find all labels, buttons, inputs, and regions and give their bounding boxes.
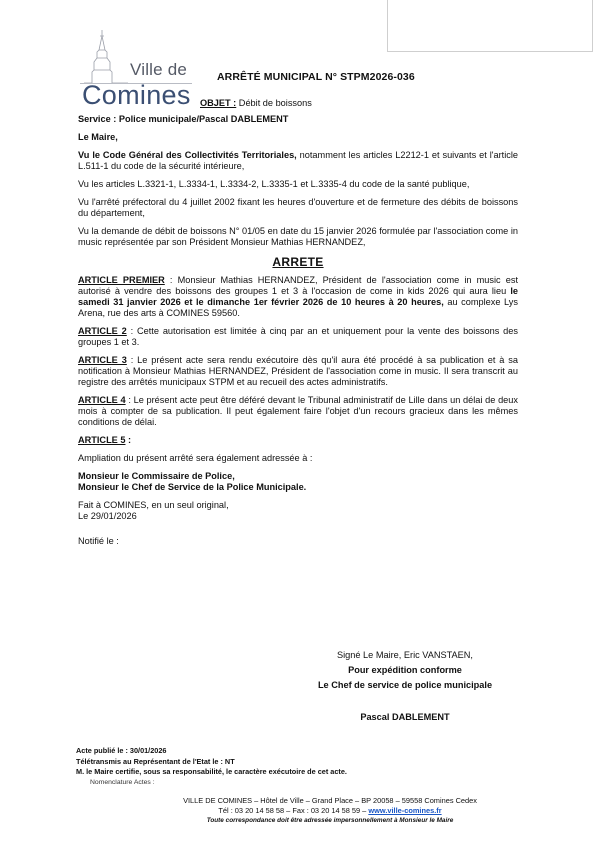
objet-line: OBJET : Débit de boissons bbox=[200, 98, 312, 108]
teletransmission: Télétransmis au Représentant de l'Etat l… bbox=[76, 757, 347, 768]
recipient-chef-police: Monsieur le Chef de Service de la Police… bbox=[78, 482, 306, 492]
publication-date: Acte publié le : 30/01/2026 bbox=[76, 746, 347, 757]
logo-ville-de: Ville de bbox=[130, 60, 187, 80]
article-3: ARTICLE 3 : Le présent acte sera rendu e… bbox=[78, 355, 518, 388]
service-line: Service : Police municipale/Pascal DABLE… bbox=[78, 114, 518, 125]
signature-expedition: Pour expédition conforme bbox=[280, 663, 530, 678]
reception-stamp-box bbox=[387, 0, 593, 52]
document-title: ARRÊTÉ MUNICIPAL N° STPM2026-036 bbox=[217, 71, 415, 83]
visa-demande: Vu la demande de débit de boissons N° 01… bbox=[78, 226, 518, 248]
notifie-le: Notifié le : bbox=[78, 536, 518, 547]
objet-label: OBJET : bbox=[200, 98, 236, 108]
article-2-label: ARTICLE 2 bbox=[78, 326, 127, 336]
recipients: Monsieur le Commissaire de Police,Monsie… bbox=[78, 471, 518, 493]
fait-a: Fait à COMINES, en un seul original,Le 2… bbox=[78, 500, 518, 522]
le-maire: Le Maire, bbox=[78, 132, 518, 143]
article-5-label: ARTICLE 5 bbox=[78, 435, 125, 445]
objet-text: Débit de boissons bbox=[236, 98, 312, 108]
signature-name: Pascal DABLEMENT bbox=[280, 710, 530, 725]
visa-cgct-bold: Vu le Code Général des Collectivités Ter… bbox=[78, 150, 297, 160]
article-2-text: : Cette autorisation est limitée à cinq … bbox=[78, 326, 518, 347]
church-tower-icon bbox=[80, 28, 130, 84]
visa-cgct: Vu le Code Général des Collectivités Ter… bbox=[78, 150, 518, 172]
article-4: ARTICLE 4 : Le présent acte peut être dé… bbox=[78, 395, 518, 428]
footer-address: VILLE DE COMINES – Hôtel de Ville – Gran… bbox=[90, 796, 530, 806]
visa-sante-publique: Vu les articles L.3321-1, L.3334-1, L.33… bbox=[78, 179, 518, 190]
document-body: Service : Police municipale/Pascal DABLE… bbox=[78, 114, 518, 554]
arrete-heading: ARRETE bbox=[78, 255, 518, 269]
publication-info: Acte publié le : 30/01/2026 Télétransmis… bbox=[76, 746, 347, 788]
recipient-commissaire: Monsieur le Commissaire de Police, bbox=[78, 471, 235, 481]
fait-a-text: Fait à COMINES, en un seul original, bbox=[78, 500, 229, 510]
signature-role: Le Chef de service de police municipale bbox=[280, 678, 530, 693]
article-3-label: ARTICLE 3 bbox=[78, 355, 127, 365]
article-1-label: ARTICLE PREMIER bbox=[78, 275, 165, 285]
nomenclature: Nomenclature Actes : bbox=[76, 778, 347, 789]
article-4-label: ARTICLE 4 bbox=[78, 395, 126, 405]
signature-block: Signé Le Maire, Eric VANSTAEN, Pour expé… bbox=[280, 648, 530, 725]
page-footer: VILLE DE COMINES – Hôtel de Ville – Gran… bbox=[90, 796, 530, 826]
footer-phone: Tél : 03 20 14 58 58 – Fax : 03 20 14 58… bbox=[218, 806, 368, 815]
logo-comines: Comines bbox=[82, 80, 191, 111]
ampliation: Ampliation du présent arrêté sera égalem… bbox=[78, 453, 518, 464]
visa-arrete-prefectoral: Vu l'arrêté préfectoral du 4 juillet 200… bbox=[78, 197, 518, 219]
ville-de-comines-logo: Ville de Comines bbox=[80, 28, 198, 110]
footer-contact: Tél : 03 20 14 58 58 – Fax : 03 20 14 58… bbox=[90, 806, 530, 816]
article-3-text: : Le présent acte sera rendu exécutoire … bbox=[78, 355, 518, 387]
signing-date: Le 29/01/2026 bbox=[78, 511, 137, 521]
article-4-text: : Le présent acte peut être déféré devan… bbox=[78, 395, 518, 427]
footer-website-link[interactable]: www.ville-comines.fr bbox=[368, 806, 441, 815]
signature-mayor: Signé Le Maire, Eric VANSTAEN, bbox=[280, 648, 530, 663]
article-2: ARTICLE 2 : Cette autorisation est limit… bbox=[78, 326, 518, 348]
article-5: ARTICLE 5 : bbox=[78, 435, 518, 446]
article-1: ARTICLE PREMIER : Monsieur Mathias HERNA… bbox=[78, 275, 518, 319]
article-5-text: : bbox=[125, 435, 131, 445]
certification: M. le Maire certifie, sous sa responsabi… bbox=[76, 767, 347, 778]
footer-notice: Toute correspondance doit être adressée … bbox=[90, 816, 530, 826]
